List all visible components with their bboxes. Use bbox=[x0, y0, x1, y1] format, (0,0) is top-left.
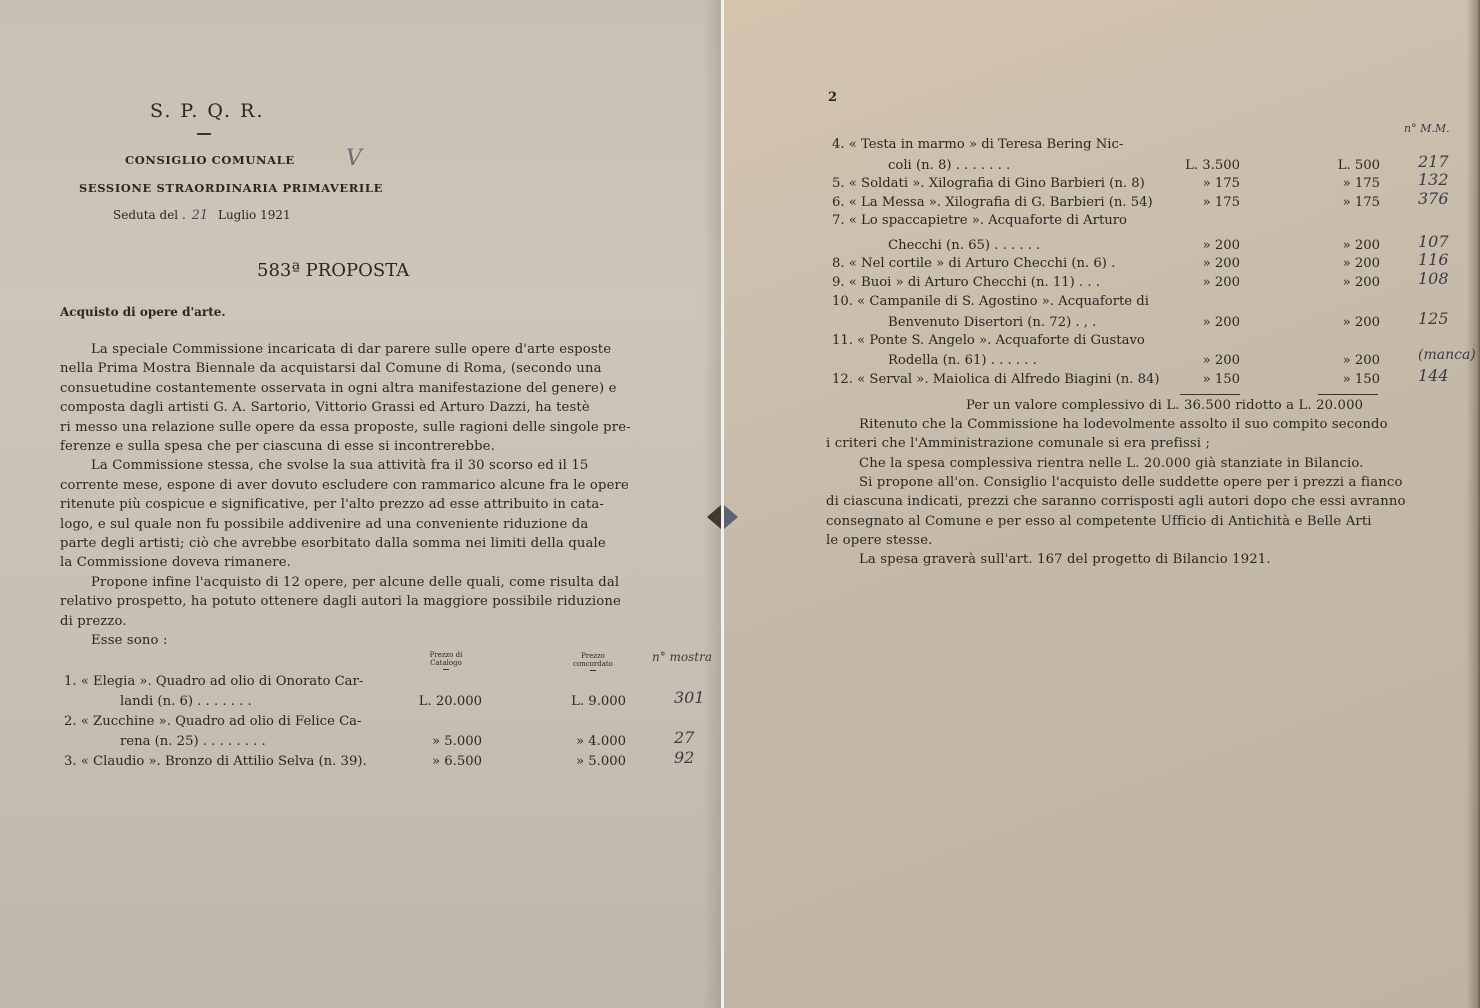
agreed-price: » 200 bbox=[1310, 275, 1380, 290]
item-title-continued: rena (n. 25) . . . . . . . . bbox=[120, 734, 266, 749]
text-line: La spesa graverà sull'art. 167 del proge… bbox=[859, 550, 1271, 569]
item-title: 11. « Ponte S. Angelo ». Acquaforte di G… bbox=[832, 333, 1145, 348]
sitting-day-handwritten: 21 bbox=[192, 208, 209, 223]
text-line: Propone infine l'acquisto di 12 opere, p… bbox=[91, 573, 619, 592]
session-heading: SESSIONE STRAORDINARIA PRIMAVERILE bbox=[79, 181, 383, 195]
handwritten-catalog-number: 125 bbox=[1418, 309, 1449, 328]
agreed-price: L. 500 bbox=[1310, 158, 1380, 173]
item-title-continued: Checchi (n. 65) . . . . . . bbox=[888, 238, 1040, 253]
handwritten-catalog-number: 108 bbox=[1418, 269, 1449, 288]
col-header-catalog-price: Prezzo di Catalogo bbox=[420, 651, 472, 670]
col-header-line: Catalogo bbox=[420, 659, 472, 667]
catalog-price: » 5.000 bbox=[408, 734, 482, 749]
header-divider bbox=[197, 133, 211, 135]
page-fold-mark bbox=[724, 505, 738, 529]
text-line: le opere stesse. bbox=[826, 531, 933, 550]
col-header-line: Prezzo bbox=[566, 652, 620, 660]
text-line: ri messo una relazione sulle opere da es… bbox=[60, 418, 631, 437]
text-line: Che la spesa complessiva rientra nelle L… bbox=[859, 454, 1364, 473]
agreed-price: » 4.000 bbox=[552, 734, 626, 749]
catalog-price: » 200 bbox=[1172, 353, 1240, 368]
text-line: Esse sono : bbox=[91, 631, 168, 650]
catalog-price: » 150 bbox=[1172, 372, 1240, 387]
item-title-continued: coli (n. 8) . . . . . . . bbox=[888, 158, 1010, 173]
catalog-price: » 200 bbox=[1172, 256, 1240, 271]
item-title: 3. « Claudio ». Bronzo di Attilio Selva … bbox=[64, 754, 367, 769]
agreed-price: » 200 bbox=[1310, 256, 1380, 271]
total-line: Per un valore complessivo di L. 36.500 r… bbox=[966, 396, 1363, 415]
handwritten-catalog-number: 301 bbox=[674, 688, 705, 707]
text-line: Ritenuto che la Commissione ha lodevolme… bbox=[859, 415, 1388, 434]
catalog-price: » 200 bbox=[1172, 238, 1240, 253]
item-title: 10. « Campanile di S. Agostino ». Acquaf… bbox=[832, 294, 1149, 309]
catalog-price: » 175 bbox=[1172, 176, 1240, 191]
agreed-price: » 175 bbox=[1310, 195, 1380, 210]
subject-heading: Acquisto di opere d'arte. bbox=[60, 305, 226, 319]
handwritten-catalog-number: 144 bbox=[1418, 366, 1449, 385]
handwritten-catalog-number: 116 bbox=[1418, 250, 1449, 269]
text-line: La Commissione stessa, che svolse la sua… bbox=[91, 456, 588, 475]
item-title: 5. « Soldati ». Xilografia di Gino Barbi… bbox=[832, 176, 1145, 191]
agreed-price: » 150 bbox=[1310, 372, 1380, 387]
text-line: nella Prima Mostra Biennale da acquistar… bbox=[60, 359, 602, 378]
agreed-price: » 200 bbox=[1310, 353, 1380, 368]
text-line: La speciale Commissione incaricata di da… bbox=[91, 340, 611, 359]
text-line: Si propone all'on. Consiglio l'acquisto … bbox=[859, 473, 1403, 492]
col-header-line: concordato bbox=[566, 660, 620, 668]
handwritten-catalog-number: 376 bbox=[1418, 189, 1449, 208]
item-title: 8. « Nel cortile » di Arturo Checchi (n.… bbox=[832, 256, 1115, 271]
proposal-title: 583ª PROPOSTA bbox=[257, 260, 409, 281]
text-line: consuetudine costantemente osservata in … bbox=[60, 379, 617, 398]
sitting-date-line: Seduta del . 21 Luglio 1921 bbox=[113, 208, 291, 223]
text-line: consegnato al Comune e per esso al compe… bbox=[826, 512, 1372, 531]
col-header-line: Prezzo di bbox=[420, 651, 472, 659]
margin-note-header: n° M.M. bbox=[1404, 122, 1450, 135]
catalog-price: » 200 bbox=[1172, 275, 1240, 290]
handwritten-catalog-number: 27 bbox=[674, 728, 694, 747]
check-mark: V bbox=[346, 146, 362, 171]
margin-note-header: n° mostra bbox=[652, 650, 712, 664]
item-title: 9. « Buoi » di Arturo Checchi (n. 11) . … bbox=[832, 275, 1100, 290]
item-title: 7. « Lo spaccapietre ». Acquaforte di Ar… bbox=[832, 213, 1127, 228]
text-line: relativo prospetto, ha potuto ottenere d… bbox=[60, 592, 621, 611]
page-number: 2 bbox=[828, 90, 837, 105]
item-title: 4. « Testa in marmo » di Teresa Bering N… bbox=[832, 137, 1123, 152]
item-title: 12. « Serval ». Maiolica di Alfredo Biag… bbox=[832, 372, 1160, 387]
page-fold-mark bbox=[707, 505, 721, 529]
agreed-price: » 175 bbox=[1310, 176, 1380, 191]
agreed-price: » 200 bbox=[1310, 238, 1380, 253]
handwritten-catalog-number: 217 bbox=[1418, 152, 1449, 171]
col-header-agreed-price: Prezzo concordato bbox=[566, 652, 620, 671]
emblem-spqr: S. P. Q. R. bbox=[150, 100, 265, 122]
text-line: parte degli artisti; ciò che avrebbe eso… bbox=[60, 534, 606, 553]
catalog-price: » 6.500 bbox=[408, 754, 482, 769]
handwritten-catalog-number: 132 bbox=[1418, 170, 1449, 189]
text-line: corrente mese, espone di aver dovuto esc… bbox=[60, 476, 629, 495]
council-heading: CONSIGLIO COMUNALE bbox=[125, 153, 295, 167]
item-title: 1. « Elegia ». Quadro ad olio di Onorato… bbox=[64, 674, 363, 689]
text-line: la Commissione doveva rimanere. bbox=[60, 553, 291, 572]
catalog-price: L. 20.000 bbox=[408, 694, 482, 709]
catalog-price: L. 3.500 bbox=[1172, 158, 1240, 173]
sitting-date: Luglio 1921 bbox=[218, 208, 291, 222]
handwritten-catalog-number: 107 bbox=[1418, 232, 1449, 251]
sum-rule-catalog bbox=[1180, 394, 1240, 395]
item-title-continued: landi (n. 6) . . . . . . . bbox=[120, 694, 252, 709]
right-document-page: 2 n° M.M. 4. « Testa in marmo » di Teres… bbox=[724, 0, 1480, 1008]
sitting-prefix: Seduta del . bbox=[113, 208, 186, 222]
text-line: di prezzo. bbox=[60, 612, 127, 631]
text-line: logo, e sul quale non fu possibile addiv… bbox=[60, 515, 588, 534]
item-title-continued: Benvenuto Disertori (n. 72) . , . bbox=[888, 315, 1096, 330]
agreed-price: » 200 bbox=[1310, 315, 1380, 330]
item-title: 2. « Zucchine ». Quadro ad olio di Felic… bbox=[64, 714, 361, 729]
catalog-price: » 175 bbox=[1172, 195, 1240, 210]
handwritten-catalog-number: (manca) bbox=[1418, 347, 1476, 363]
sum-rule-agreed bbox=[1318, 394, 1378, 395]
text-line: ferenze e sulla spesa che per ciascuna d… bbox=[60, 437, 495, 456]
text-line: ritenute più cospicue e significative, p… bbox=[60, 495, 604, 514]
left-document-page: S. P. Q. R. CONSIGLIO COMUNALE V SESSION… bbox=[0, 0, 721, 1008]
agreed-price: » 5.000 bbox=[552, 754, 626, 769]
text-line: composta dagli artisti G. A. Sartorio, V… bbox=[60, 398, 590, 417]
text-line: i criteri che l'Amministrazione comunale… bbox=[826, 434, 1210, 453]
agreed-price: L. 9.000 bbox=[552, 694, 626, 709]
handwritten-catalog-number: 92 bbox=[674, 748, 694, 767]
item-title: 6. « La Messa ». Xilografia di G. Barbie… bbox=[832, 195, 1153, 210]
item-title-continued: Rodella (n. 61) . . . . . . bbox=[888, 353, 1037, 368]
text-line: di ciascuna indicati, prezzi che saranno… bbox=[826, 492, 1406, 511]
catalog-price: » 200 bbox=[1172, 315, 1240, 330]
